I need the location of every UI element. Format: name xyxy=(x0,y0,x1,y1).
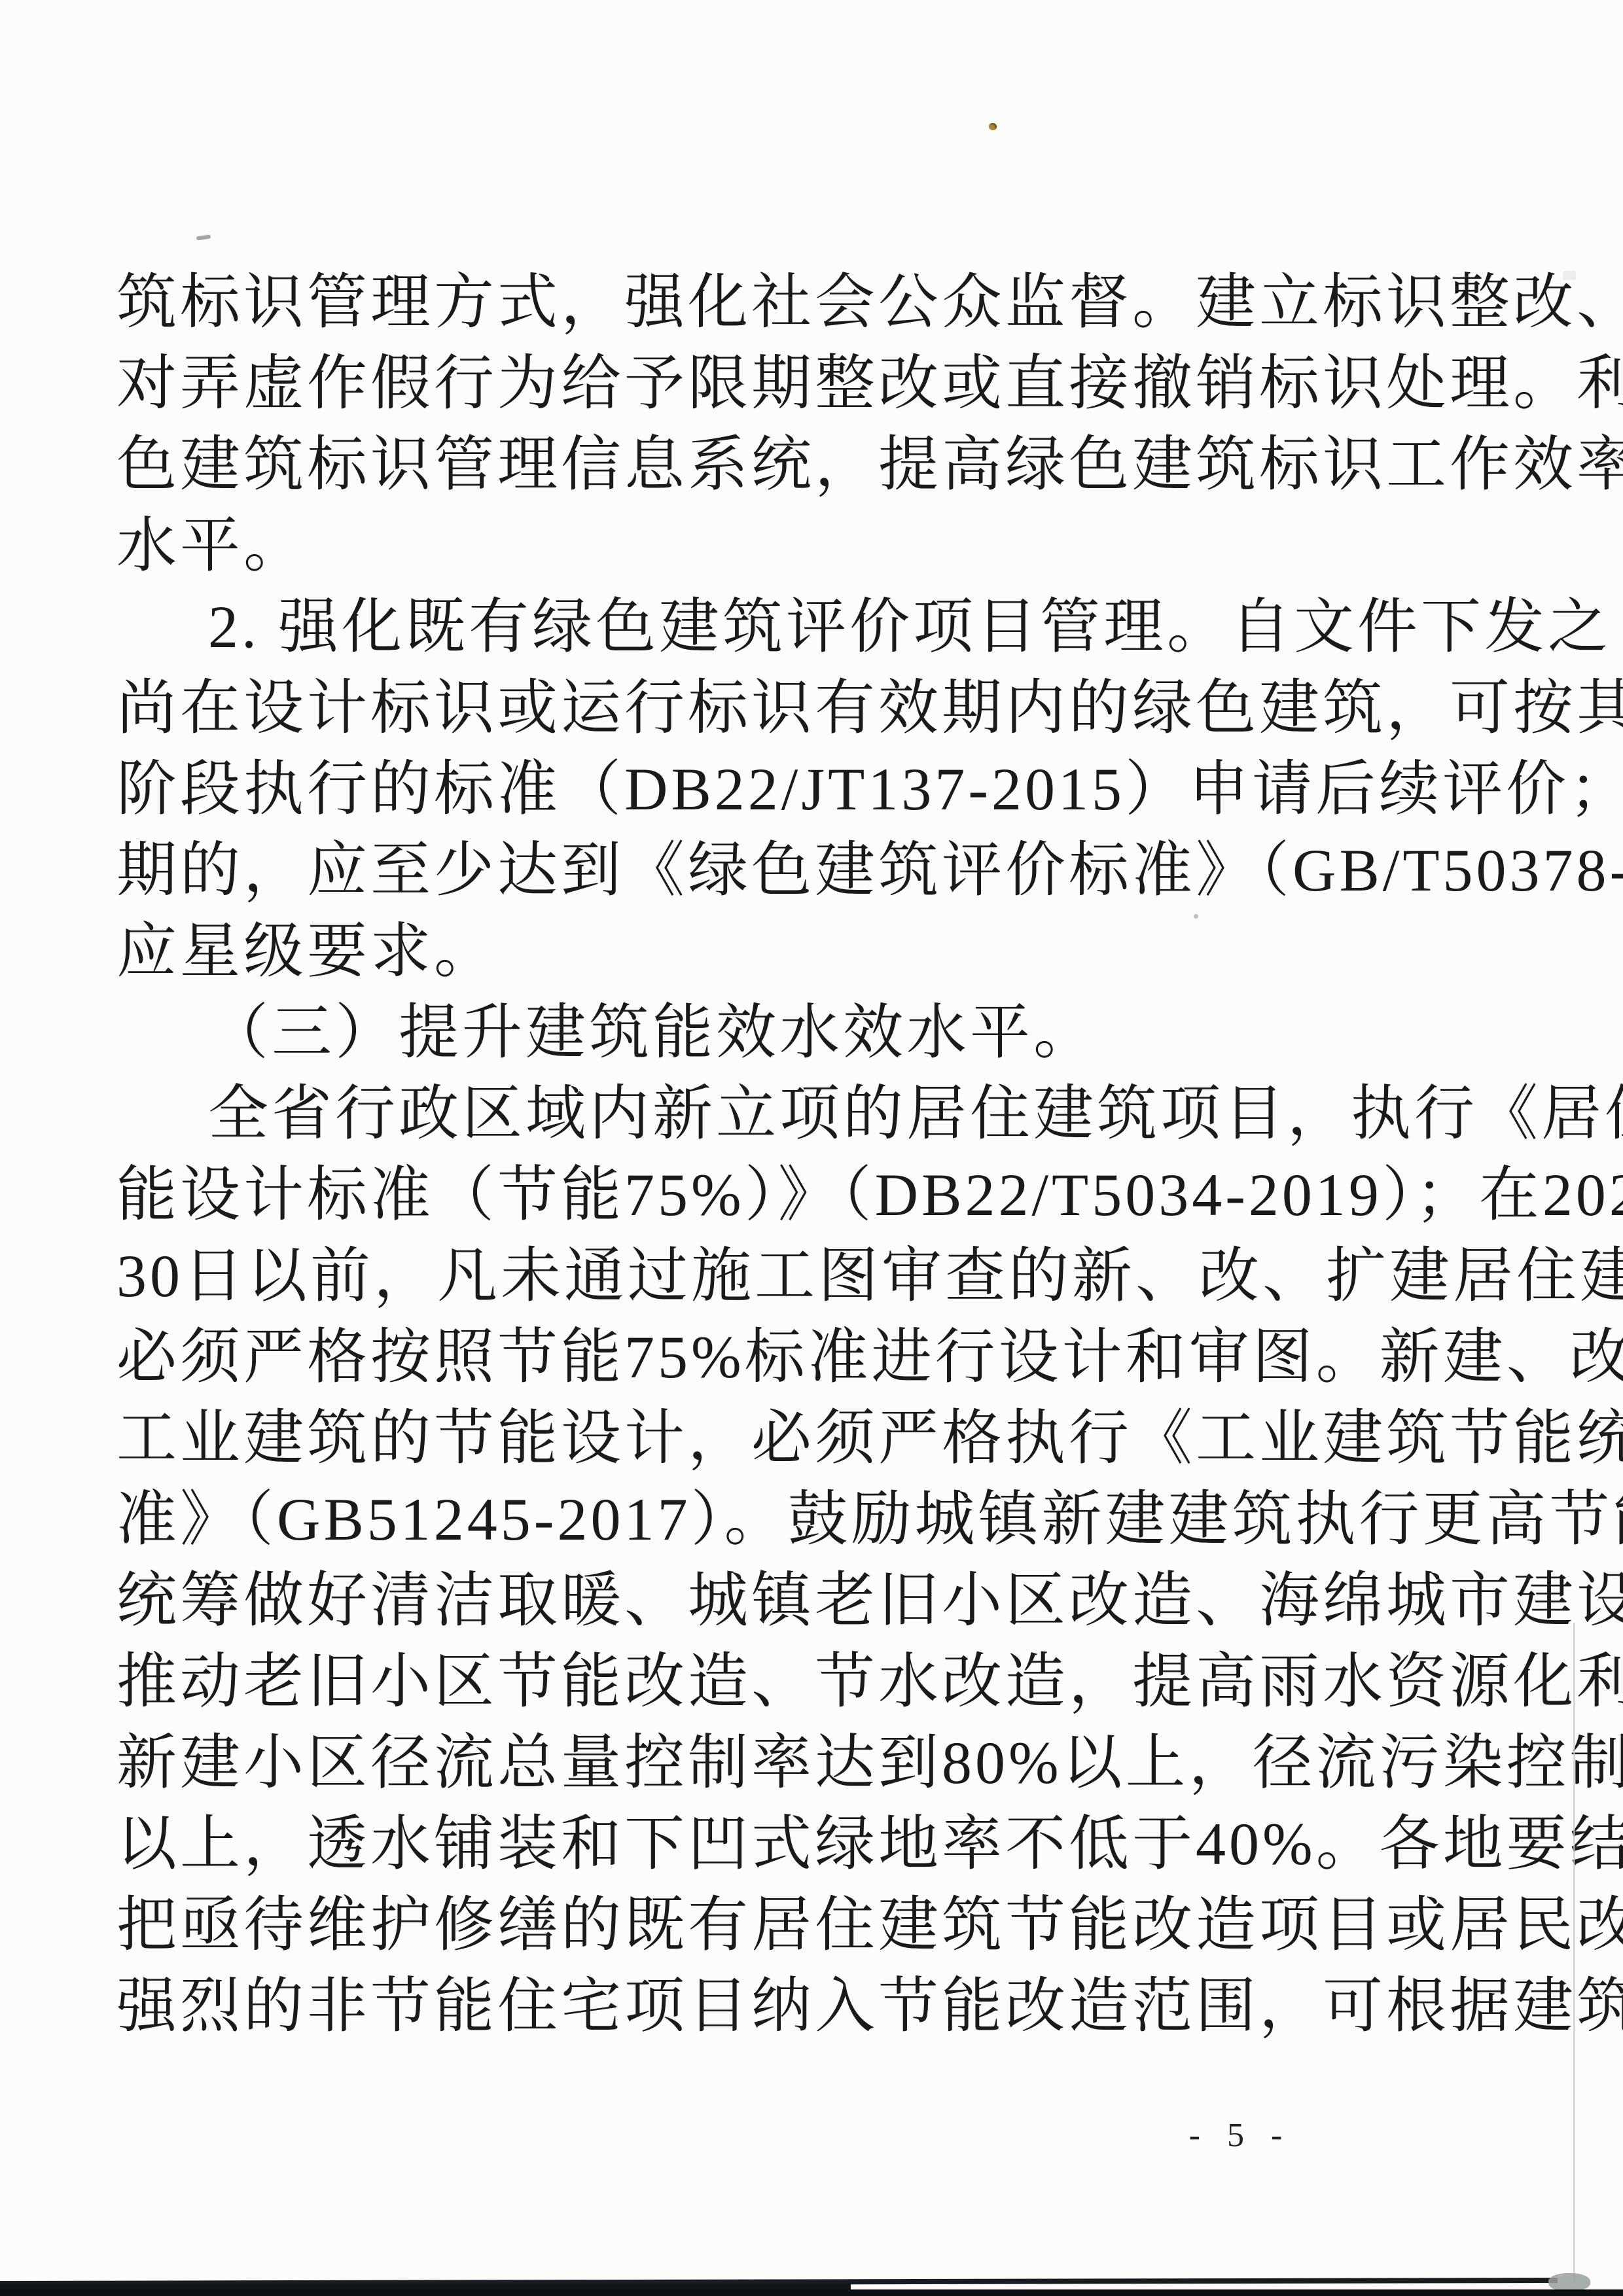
document-page: 筑标识管理方式，强化社会公众监督。建立标识整改、撤销机制，对弄虚作假行为给予限期… xyxy=(0,0,1623,2296)
text-line: （三）提升建筑能效水效水平。 xyxy=(116,992,1524,1073)
text-line: 准》（GB51245-2017）。鼓励城镇新建建筑执行更高节能标准。 xyxy=(116,1479,1524,1560)
text-line: 水平。 xyxy=(116,505,1524,586)
text-line: 把亟待维护修缮的既有居住建筑节能改造项目或居民改造意愿 xyxy=(116,1884,1524,1966)
text-line: 全省行政区域内新立项的居住建筑项目，执行《居住建筑节 xyxy=(116,1073,1524,1154)
text-line: 2. 强化既有绿色建筑评价项目管理。自文件下发之日起，对 xyxy=(116,586,1524,667)
text-line: 新建小区径流总量控制率达到80%以上，径流污染控制率达到40% xyxy=(116,1722,1524,1803)
text-line: 筑标识管理方式，强化社会公众监督。建立标识整改、撤销机制， xyxy=(116,262,1524,343)
text-line: 色建筑标识管理信息系统，提高绿色建筑标识工作效率和信息化 xyxy=(116,424,1524,505)
text-line: 应星级要求。 xyxy=(116,911,1524,992)
page-number: - 5 - xyxy=(1175,2116,1306,2155)
text-line: 能设计标准（节能75%）》（DB22/T5034-2019）；在2020年6月 xyxy=(116,1154,1524,1235)
text-line: 阶段执行的标准（DB22/JT137-2015）申请后续评价；超过有效 xyxy=(116,749,1524,830)
paper-corner-smudge xyxy=(1548,2273,1590,2291)
text-line: 推动老旧小区节能改造、节水改造，提高雨水资源化利用水平。 xyxy=(116,1641,1524,1722)
scan-speck-dash xyxy=(196,234,211,240)
text-line: 对弄虚作假行为给予限期整改或直接撤销标识处理。利用全国绿 xyxy=(116,343,1524,424)
text-line: 期的，应至少达到《绿色建筑评价标准》（GB/T50378-2019）相 xyxy=(116,830,1524,911)
text-line: 强烈的非节能住宅项目纳入节能改造范围，可根据建筑条件，合 xyxy=(116,1966,1524,2047)
text-line: 工业建筑的节能设计，必须严格执行《工业建筑节能统一设计标 xyxy=(116,1398,1524,1479)
paper-edge-right xyxy=(1573,1623,1575,2284)
scanner-edge-shadow xyxy=(0,2289,1623,2296)
text-line: 以上，透水铺装和下凹式绿地率不低于40%。各地要结合实际， xyxy=(116,1803,1524,1884)
document-body: 筑标识管理方式，强化社会公众监督。建立标识整改、撤销机制，对弄虚作假行为给予限期… xyxy=(116,262,1524,2047)
text-line: 统筹做好清洁取暖、城镇老旧小区改造、海绵城市建设等工作， xyxy=(116,1560,1524,1641)
text-line: 尚在设计标识或运行标识有效期内的绿色建筑，可按其上一评价 xyxy=(116,667,1524,749)
text-line: 30日以前，凡未通过施工图审查的新、改、扩建居住建筑项目， xyxy=(116,1235,1524,1316)
scan-speck-olive xyxy=(989,123,997,130)
text-line: 必须严格按照节能75%标准进行设计和审图。新建、改建及扩建 xyxy=(116,1316,1524,1398)
